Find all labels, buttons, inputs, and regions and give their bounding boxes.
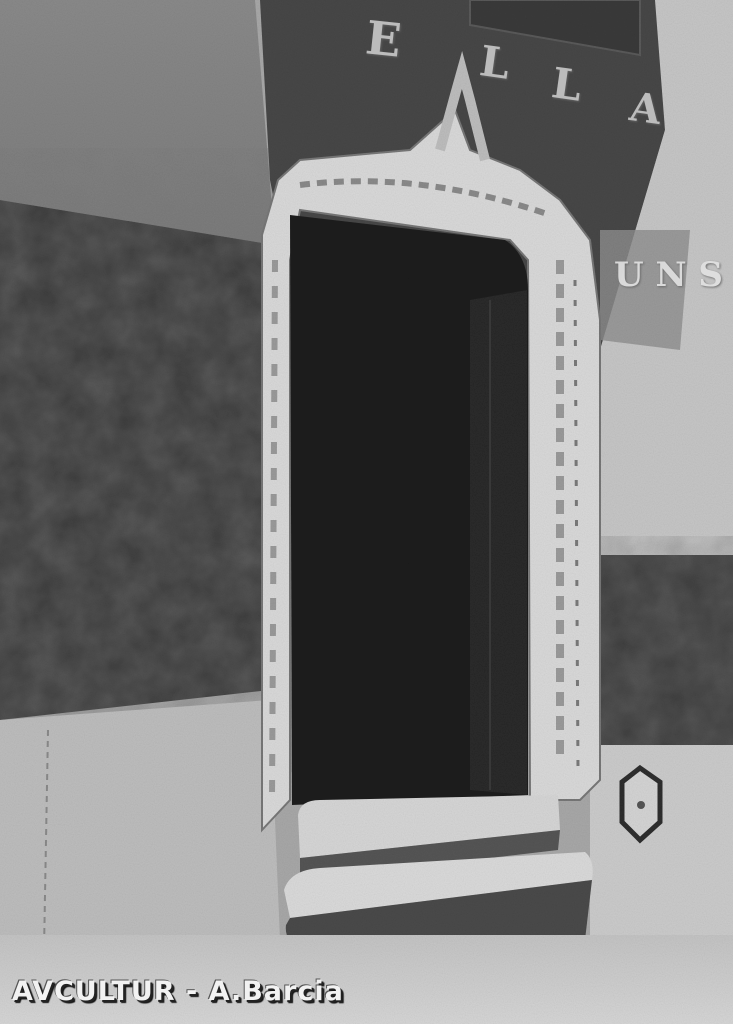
inscription-letter: E [363, 10, 404, 67]
photo-credit-watermark: AVCULTUR - A.Barcia [12, 976, 344, 1007]
doorway-photo [0, 0, 733, 1024]
inscription-letter: A [627, 83, 664, 134]
inscription-letter: L [549, 58, 585, 111]
side-inscription: U N S [614, 255, 723, 295]
inscription-letter: L [477, 36, 513, 89]
